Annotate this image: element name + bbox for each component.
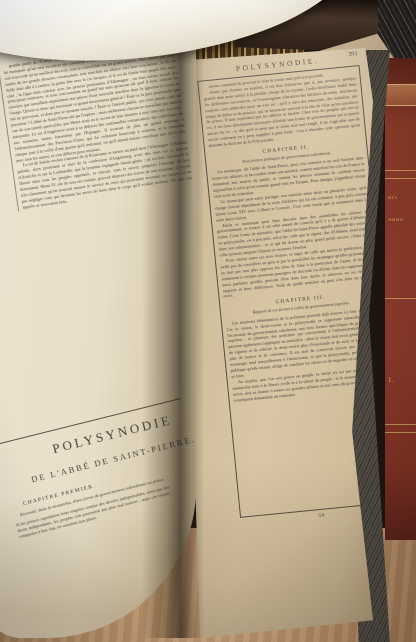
chapter-1-opening: Si les princes regardaient leurs emplois… (15, 484, 173, 540)
paragraph: Pour choisir entre ces trois formes, et … (220, 244, 376, 300)
paragraph: moins comment ils peuvent le faire le mo… (203, 70, 356, 91)
gilt-line (385, 424, 416, 425)
body-text: moins comment ils peuvent le faire le mo… (203, 70, 362, 150)
spine-text-fragment: ABRO (388, 218, 416, 223)
left-page: POLITIQUE. grande partie de l'Europe dan… (0, 6, 196, 638)
chapter-3-heading: CHAPITRE III. (224, 290, 377, 311)
paragraph: Enfin ce monarque peut faire discuter da… (216, 208, 372, 258)
section-rule (0, 398, 180, 446)
half-title: POLYSYNODIE (0, 408, 189, 472)
paragraph: Ce monarque peut aussi partager son auto… (214, 185, 369, 223)
gilt-line (385, 170, 416, 171)
spine-title-band (385, 84, 416, 106)
chapter-1-argument: Nécessité, dans la monarchie, d'une form… (19, 476, 166, 518)
spine-volume-number: 1. (388, 376, 416, 384)
left-section-break: POLYSYNODIE DE L'ABBÉ DE SAINT-PIERRE. C… (0, 398, 206, 542)
gilt-line (385, 178, 416, 179)
spine-text-fragment: RIV (388, 196, 416, 201)
half-title-subtitle: DE L'ABBÉ DE SAINT-PIERRE. (0, 434, 194, 492)
right-page: POLYSYNODIE. 393 moins comment ils peuve… (183, 48, 373, 638)
chapter-2-argument: Trois formes politiques de gouvernement … (216, 148, 357, 167)
photo-scene: RIV ABRO 1. POLYSYNODIE. 393 moins comme… (0, 0, 416, 642)
left-body-text: grande partie de l'Europe dans un parc e… (2, 40, 193, 210)
paragraph: Un monarque, dit l'abbé de Saint-Pierre,… (211, 155, 366, 199)
chapter-2-text: Un monarque, dit l'abbé de Saint-Pierre,… (211, 155, 376, 299)
chapter-2-heading: CHAPITRE II. (209, 139, 362, 160)
gilt-line (385, 432, 416, 433)
paragraph: Avant que d'entrer en matière, il est bo… (203, 75, 361, 149)
paragraph: Le roi de Suède voulait s'assurer de la … (16, 140, 193, 211)
gilt-line (385, 298, 416, 299)
chapter-3-argument: Rapport de ces formes à celles du gouver… (231, 298, 372, 317)
neighbor-red-spine: RIV ABRO 1. (385, 58, 416, 540)
page-number: 393 (348, 51, 358, 58)
chapter-1-heading: CHAPITRE PREMIER. (3, 458, 199, 512)
